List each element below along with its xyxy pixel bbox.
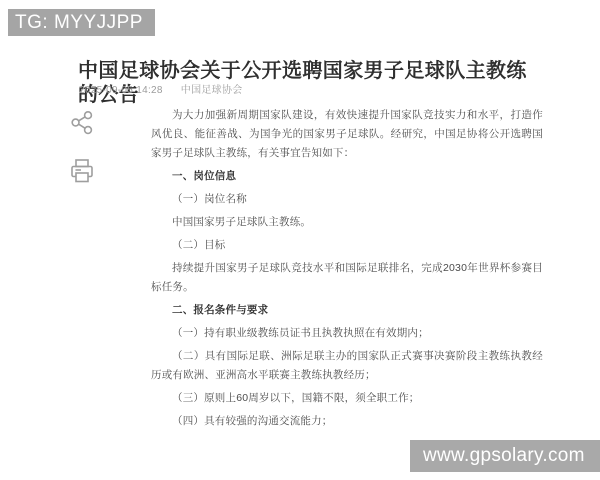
tg-watermark-badge: TG: MYYJJPP: [8, 9, 155, 36]
article-body: 为大力加强新周期国家队建设，有效快速提升国家队竞技实力和水平，打造作风优良、能征…: [151, 106, 543, 435]
article-date: 2025-09-05 14:28: [79, 85, 163, 96]
article-source: 中国足球协会: [181, 85, 243, 96]
article-paragraph: 中国国家男子足球队主教练。: [151, 213, 543, 232]
article-toolbar: [66, 110, 98, 190]
article-paragraph: （一）持有职业级教练员证书且执教执照在有效期内；: [151, 324, 543, 343]
section-heading: 一、岗位信息: [151, 167, 543, 186]
article-paragraph: （二）目标: [151, 236, 543, 255]
article-paragraph: （三）原则上60周岁以下，国籍不限，须全职工作；: [151, 389, 543, 408]
article-paragraph: 为大力加强新周期国家队建设，有效快速提升国家队竞技实力和水平，打造作风优良、能征…: [151, 106, 543, 163]
share-icon[interactable]: [70, 110, 94, 141]
article-paragraph: （一）岗位名称: [151, 190, 543, 209]
printer-icon[interactable]: [68, 157, 96, 190]
section-heading: 二、报名条件与要求: [151, 301, 543, 320]
article-page: TG: MYYJJPP 中国足球协会关于公开选聘国家男子足球队主教练的公告 20…: [0, 0, 600, 480]
article-meta: 2025-09-05 14:28中国足球协会: [79, 81, 243, 96]
article-paragraph: （二）具有国际足联、洲际足联主办的国家队正式赛事决赛阶段主教练执教经历或有欧洲、…: [151, 347, 543, 385]
site-watermark: www.gpsolary.com: [410, 440, 600, 472]
article-paragraph: （四）具有较强的沟通交流能力；: [151, 412, 543, 431]
article-paragraph: 持续提升国家男子足球队竞技水平和国际足联排名，完成2030年世界杯参赛目标任务。: [151, 259, 543, 297]
